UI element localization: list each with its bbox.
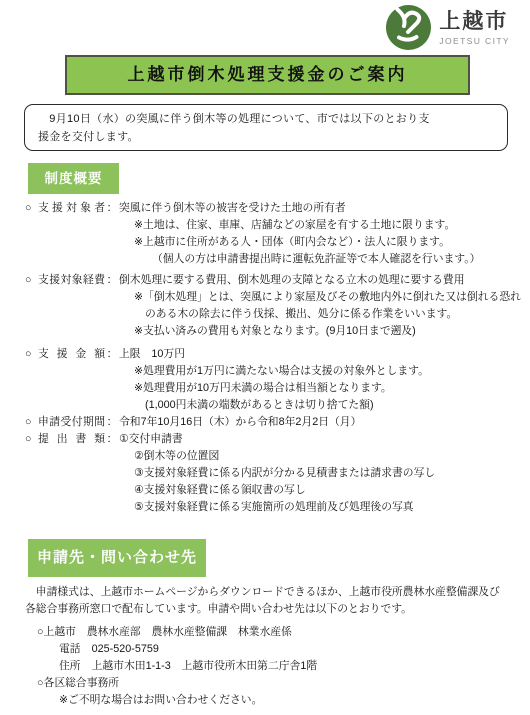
contact-phone: 電話025-520-5759 [59,641,527,658]
note-line: ※土地は、住家、車庫、店舗などの家屋を有する土地に限ります。 [134,217,527,234]
entry-support-recipient: ○ 支 援 対 象 者 ： 突風に伴う倒木等の被害を受けた土地の所有者 ※土地は… [25,200,527,268]
note-line: （個人の方は申請書提出時に運転免許証等で本人確認を行います。） [152,251,527,268]
note-line: ③支援対象経費に係る内訳が分かる見積書または請求書の写し [134,465,527,482]
entry-label: 支 援 金 額 [38,346,105,363]
address-label: 住所 [59,660,81,672]
overview-body: ○ 支 援 対 象 者 ： 突風に伴う倒木等の被害を受けた土地の所有者 ※土地は… [25,200,527,516]
logo-text: 上越市 JOETSU CITY [439,10,510,46]
entry-colon: ： [105,200,119,217]
entry-row: ○ 支援対象経費 ： 倒木処理に要する費用、倒木処理の支障となる立木の処理に要す… [25,272,527,289]
entry-row: ○ 支 援 金 額 ： 上限 10万円 [25,346,527,363]
note-line: のある木の除去に伴う伐採、搬出、処分に係る作業をいいます。 [145,306,527,323]
circle-marker: ○ [25,346,38,363]
note-line: ②倒木等の位置図 [134,448,527,465]
contact-branch-note: ※ご不明な場合はお問い合わせください。 [59,692,527,709]
entry-content: 突風に伴う倒木等の被害を受けた土地の所有者 [119,200,527,217]
note-line: ※上越市に住所がある人・団体（町内会など）・法人に限ります。 [134,234,527,251]
entry-label: 提 出 書 類 [38,431,105,448]
note-line: ⑤支援対象経費に係る実施箇所の処理前及び処理後の写真 [134,499,527,516]
entry-content: 令和7年10月16日（木）から令和8年2月2日（月） [119,414,527,431]
contact-body: 申請様式は、上越市ホームページからダウンロードできるほか、上越市役所農林水産整備… [25,584,527,709]
note-line: (1,000円未満の端数があるときは切り捨てた額) [145,397,527,414]
note-line: ※処理費用が10万円未満の場合は相当額となります。 [134,380,527,397]
entry-colon: ： [105,431,119,448]
intro-line-2: 援金を交付します。 [38,128,494,146]
phone-label: 電話 [59,643,81,655]
entry-row: ○ 申請受付期間 ： 令和7年10月16日（木）から令和8年2月2日（月） [25,414,527,431]
contact-paragraph-line-2: 各総合事務所窓口で配布しています。申請や問い合わせ先は以下のとおりです。 [25,601,527,618]
entry-row: ○ 提 出 書 類 ： ①交付申請書 [25,431,527,448]
entry-colon: ： [105,272,119,289]
note-line: ※「倒木処理」とは、突風により家屋及びその敷地内外に倒れた又は倒れる恐れ [134,289,527,306]
contact-paragraph-line-1: 申請様式は、上越市ホームページからダウンロードできるほか、上越市役所農林水産整備… [25,584,527,601]
entry-label: 支援対象経費 [38,272,105,289]
entry-support-amount: ○ 支 援 金 額 ： 上限 10万円 ※処理費用が1万円に満たない場合は支援の… [25,346,527,414]
joetsu-city-logo: 上越市 JOETSU CITY [385,4,510,51]
logo-city-name: 上越市 [439,10,508,34]
intro-line-1: 9月10日（水）の突風に伴う倒木等の処理について、市では以下のとおり支 [38,110,494,128]
contact-address: 住所上越市木田1-1-3 上越市役所木田第二庁舎1階 [59,658,527,675]
section-heading-overview: 制度概要 [28,163,119,194]
circle-marker: ○ [25,272,38,289]
contact-office: ○上越市 農林水産部 農林水産整備課 林業水産係 [37,624,527,641]
entry-label: 支 援 対 象 者 [38,200,105,217]
entry-required-documents: ○ 提 出 書 類 ： ①交付申請書 ②倒木等の位置図 ③支援対象経費に係る内訳… [25,431,527,516]
entry-eligible-expenses: ○ 支援対象経費 ： 倒木処理に要する費用、倒木処理の支障となる立木の処理に要す… [25,272,527,340]
contact-branch-offices: ○各区総合事務所 [37,675,527,692]
entry-colon: ： [105,414,119,431]
entry-colon: ： [105,346,119,363]
entry-content: 上限 10万円 [119,346,527,363]
note-line: ④支援対象経費に係る領収書の写し [134,482,527,499]
entry-label: 申請受付期間 [38,414,105,431]
entry-row: ○ 支 援 対 象 者 ： 突風に伴う倒木等の被害を受けた土地の所有者 [25,200,527,217]
circle-marker: ○ [25,200,38,217]
section-heading-contact: 申請先・問い合わせ先 [28,539,206,577]
logo-city-name-en: JOETSU CITY [439,36,510,46]
circle-marker: ○ [25,431,38,448]
phone-number: 025-520-5759 [92,643,159,655]
note-line: ※支払い済みの費用も対象となります。(9月10日まで遡及) [134,323,527,340]
joetsu-city-emblem-icon [385,4,432,51]
intro-box: 9月10日（水）の突風に伴う倒木等の処理について、市では以下のとおり支 援金を交… [24,104,508,151]
entry-content: 倒木処理に要する費用、倒木処理の支障となる立木の処理に要する費用 [119,272,527,289]
note-line: ※処理費用が1万円に満たない場合は支援の対象外とします。 [134,363,527,380]
notice-page: 上越市 JOETSU CITY 上越市倒木処理支援金のご案内 9月10日（水）の… [0,0,530,715]
entry-content: ①交付申請書 [119,431,527,448]
address-value: 上越市木田1-1-3 上越市役所木田第二庁舎1階 [92,660,318,672]
circle-marker: ○ [25,414,38,431]
page-title-banner: 上越市倒木処理支援金のご案内 [65,55,470,95]
entry-application-period: ○ 申請受付期間 ： 令和7年10月16日（木）から令和8年2月2日（月） [25,414,527,431]
